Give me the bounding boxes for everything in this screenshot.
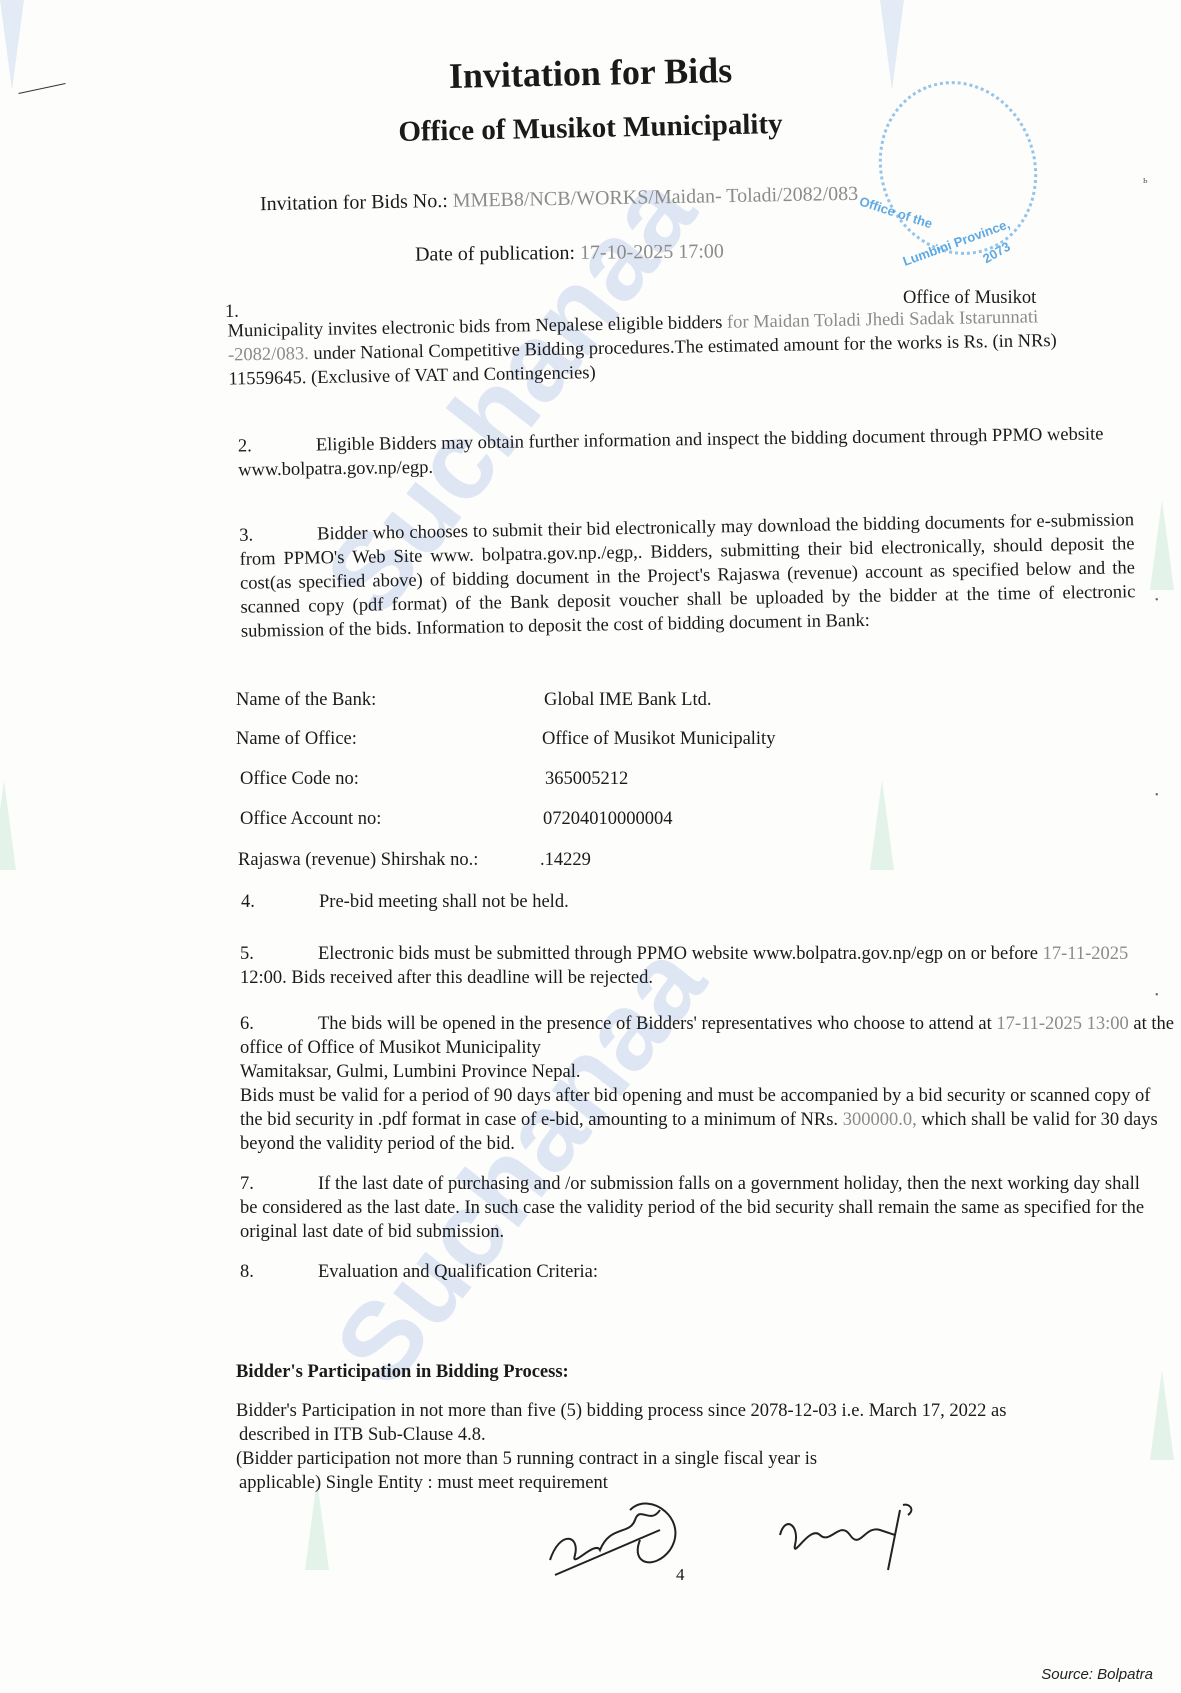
margin-mark: • <box>1155 790 1159 801</box>
clause-2-text: Eligible Bidders may obtain further info… <box>238 424 1104 480</box>
bank-info-label: Rajaswa (revenue) Shirshak no.: <box>238 850 478 871</box>
clause-1: Municipality invites electronic bids fro… <box>227 305 1088 392</box>
bank-info-label: Office Account no: <box>240 809 381 830</box>
clause-7-number: 7. <box>240 1172 318 1196</box>
clause-4-text: Pre-bid meeting shall not be held. <box>319 892 569 912</box>
page-number: 4 <box>676 1565 685 1585</box>
clause-4-number: 4. <box>241 890 319 914</box>
publication-date: 17-10-2025 17:00 <box>580 240 724 264</box>
margin-mark: ь <box>1143 175 1148 186</box>
bank-info-label: Name of the Bank: <box>236 690 376 711</box>
clause-7: 7.If the last date of purchasing and /or… <box>240 1172 1155 1244</box>
clause-1-text: under National Competitive Bidding proce… <box>228 331 1057 389</box>
participation-line: Bidder's Participation in not more than … <box>236 1399 1176 1423</box>
participation-heading: Bidder's Participation in Bidding Proces… <box>236 1362 569 1383</box>
watermark-arrow-icon <box>870 780 894 870</box>
publication-label: Date of publication: <box>415 242 575 266</box>
bank-info-value: Office of Musikot Municipality <box>542 729 775 750</box>
bid-security-amount: 300000.0, <box>843 1110 917 1130</box>
signature-icon <box>540 1480 720 1580</box>
watermark-text: Suchanaa <box>310 921 730 1409</box>
bid-opening-datetime: 17-11-2025 13:00 <box>996 1014 1128 1034</box>
clause-2-number: 2. <box>238 433 316 458</box>
bank-info-value: .14229 <box>540 850 591 871</box>
clause-5-text: 12:00. Bids received after this deadline… <box>240 968 653 988</box>
clause-6-number: 6. <box>240 1012 318 1036</box>
clause-3: 3.Bidder who chooses to submit their bid… <box>239 508 1136 644</box>
clause-3-text: Bidder who chooses to submit their bid e… <box>239 510 1135 642</box>
clause-6: 6.The bids will be opened in the presenc… <box>240 1012 1175 1156</box>
clause-8-number: 8. <box>240 1260 318 1284</box>
participation-line: (Bidder participation not more than 5 ru… <box>236 1447 1176 1471</box>
source-caption: Source: Bolpatra <box>1041 1666 1153 1683</box>
publication-date-line: Date of publication: 17-10-2025 17:00 <box>415 240 724 266</box>
clause-2: 2.Eligible Bidders may obtain further in… <box>238 421 1174 482</box>
signature-icon <box>770 1495 930 1575</box>
clause-6-text: The bids will be opened in the presence … <box>318 1014 992 1034</box>
clause-5-number: 5. <box>240 942 318 966</box>
submission-deadline: 17-11-2025 <box>1043 944 1129 964</box>
watermark-arrow-icon <box>1150 500 1174 590</box>
ifb-label: Invitation for Bids No.: <box>260 190 448 215</box>
clause-8: 8.Evaluation and Qualification Criteria: <box>240 1260 1140 1284</box>
clause-7-text: If the last date of purchasing and /or s… <box>240 1174 1144 1242</box>
clause-4: 4.Pre-bid meeting shall not be held. <box>241 890 1141 914</box>
bank-info-label: Name of Office: <box>236 729 357 750</box>
ifb-number: MMEB8/NCB/WORKS/Maidan- Toladi/2082/083 <box>453 183 859 212</box>
watermark-arrow-icon <box>0 780 16 870</box>
participation-line: described in ITB Sub-Clause 4.8. <box>236 1423 1176 1447</box>
clause-3-number: 3. <box>239 522 317 547</box>
ifb-number-line: Invitation for Bids No.: MMEB8/NCB/WORKS… <box>260 183 859 216</box>
office-address: Wamitaksar, Gulmi, Lumbini Province Nepa… <box>240 1062 580 1082</box>
bank-info-label: Office Code no: <box>240 769 359 790</box>
margin-mark: • <box>1155 990 1159 1001</box>
margin-mark: • <box>1155 595 1159 606</box>
bank-info-value: Global IME Bank Ltd. <box>544 690 712 711</box>
clause-5: 5.Electronic bids must be submitted thro… <box>240 942 1130 990</box>
bank-info-value: 365005212 <box>545 769 628 790</box>
document-title: Invitation for Bids <box>0 40 1181 107</box>
document-page: Suchanaa Suchanaa Office of the Lumbini … <box>0 0 1181 1693</box>
clause-8-text: Evaluation and Qualification Criteria: <box>318 1262 598 1282</box>
clause-5-text: Electronic bids must be submitted throug… <box>318 944 1038 964</box>
bank-info-value: 07204010000004 <box>543 809 673 830</box>
